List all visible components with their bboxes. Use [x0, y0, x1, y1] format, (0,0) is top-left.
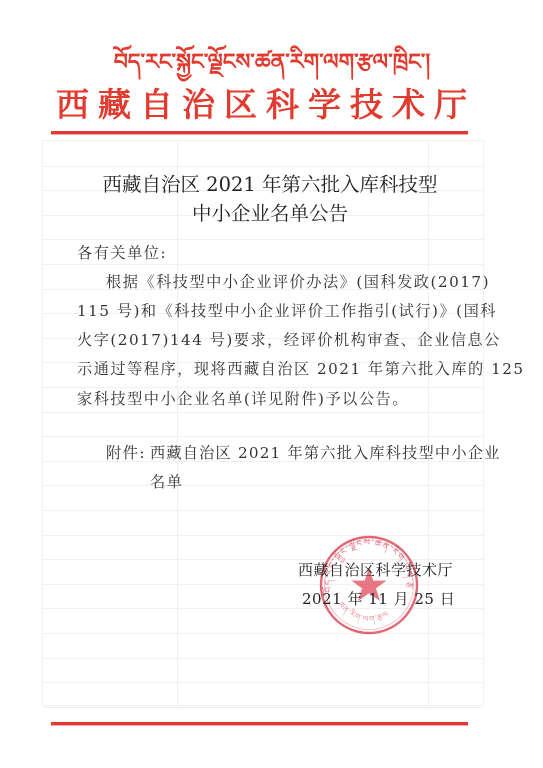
letterhead-chinese-name: 西藏自治区科学技术厅: [56, 84, 476, 126]
show-through-row-divider: [43, 682, 483, 683]
body-line-1: 根据《科技型中小企业评价办法》(国科发政(2017): [106, 272, 490, 292]
show-through-row-divider: [43, 387, 483, 388]
body-line-3: 火字(2017)144 号)要求，经评价机构审查、企业信息公: [77, 330, 501, 350]
show-through-row-divider: [43, 264, 483, 265]
document-title-line-1: 西藏自治区 2021 年第六批入库科技型: [60, 172, 480, 198]
signature-date: 2021 年 11 月 25 日: [302, 589, 455, 609]
body-line-4: 示通过等程序，现将西藏自治区 2021 年第六批入库的 125: [77, 359, 525, 379]
show-through-row-divider: [43, 412, 483, 413]
show-through-row-divider: [43, 239, 483, 240]
attachment-title-line-2[interactable]: 名单: [150, 472, 183, 492]
letterhead-tibetan-name: བོད་རང་སྐྱོང་ལྗོངས་ཚན་རིག་ལག་རྩལ་ཁྲིང་།: [62, 48, 482, 78]
letterhead-top-rule: [51, 131, 468, 134]
show-through-row-divider: [43, 166, 483, 167]
show-through-row-divider: [43, 485, 483, 486]
salutation: 各有关单位:: [77, 243, 167, 263]
show-through-row-divider: [43, 707, 483, 708]
footer-rule: [51, 722, 468, 725]
document-title-line-2: 中小企业名单公告: [60, 201, 480, 227]
body-line-2: 115 号)和《科技型中小企业评价工作指引(试行)》(国科: [77, 301, 497, 321]
show-through-row-divider: [43, 658, 483, 659]
attachment-label: 附件:: [106, 443, 146, 463]
signature-organization: 西藏自治区科学技术厅: [298, 560, 453, 580]
show-through-row-divider: [43, 436, 483, 437]
document-page: བོད་རང་སྐྱོང་ལྗོངས་ཚན་རིག་ལག་རྩལ་ཁྲིང་། …: [0, 0, 543, 768]
attachment-title-line-1[interactable]: 西藏自治区 2021 年第六批入库科技型中小企业: [150, 443, 500, 463]
show-through-row-divider: [43, 510, 483, 511]
body-line-5: 家科技型中小企业名单(详见附件)予以公告。: [77, 389, 409, 409]
official-seal-icon: བོད་རང་སྐྱོང་ལྗོངས་ཚན་རིག་ལག་རྩལ་ཁྲིང་ ཚ…: [318, 534, 420, 636]
